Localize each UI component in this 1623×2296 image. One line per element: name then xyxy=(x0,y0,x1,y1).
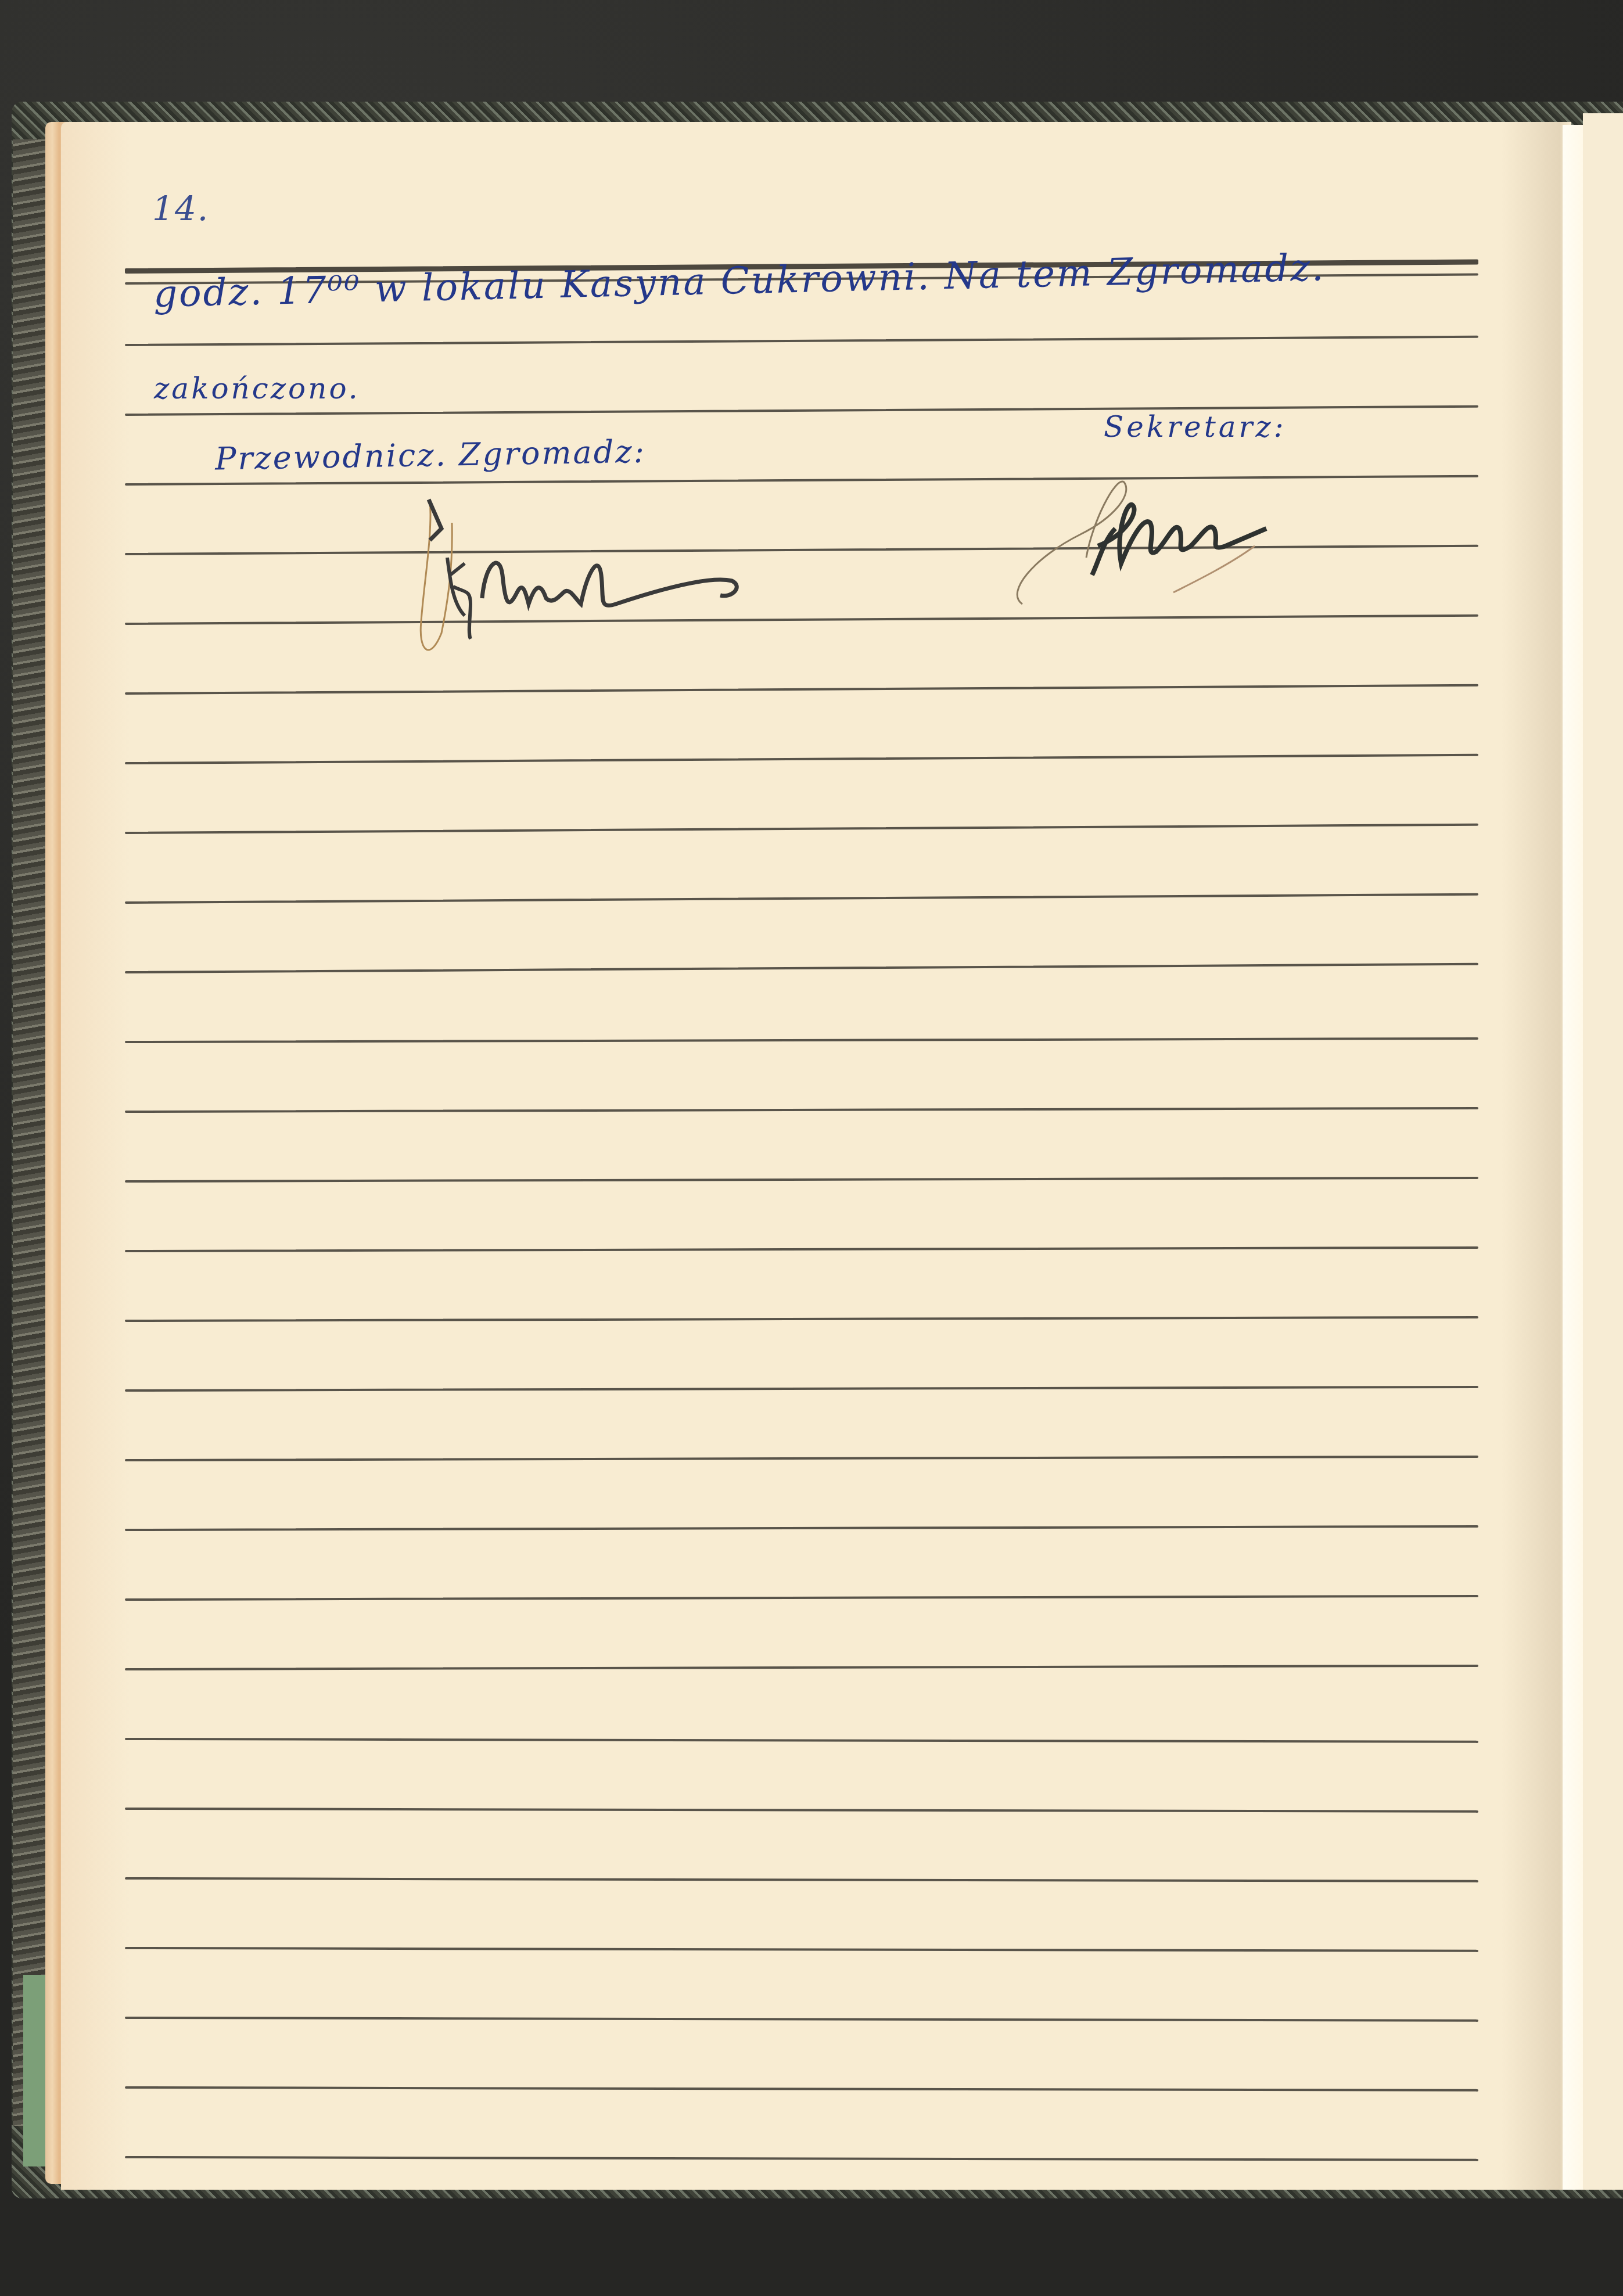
chairman-signature xyxy=(407,488,767,674)
page-gutter xyxy=(1563,125,1586,2190)
adjacent-page-edge xyxy=(1583,113,1623,2190)
page-number: 14. xyxy=(152,189,209,228)
cover-green-edge xyxy=(23,1975,46,2166)
secretary-signature xyxy=(999,476,1348,616)
secretary-label: Sekretarz: xyxy=(1104,410,1287,444)
chairman-label: Przewodnicz. Zgromadz: xyxy=(215,433,647,477)
entry-text-line-2: zakończono. xyxy=(154,372,360,405)
book-spine xyxy=(13,139,48,2126)
